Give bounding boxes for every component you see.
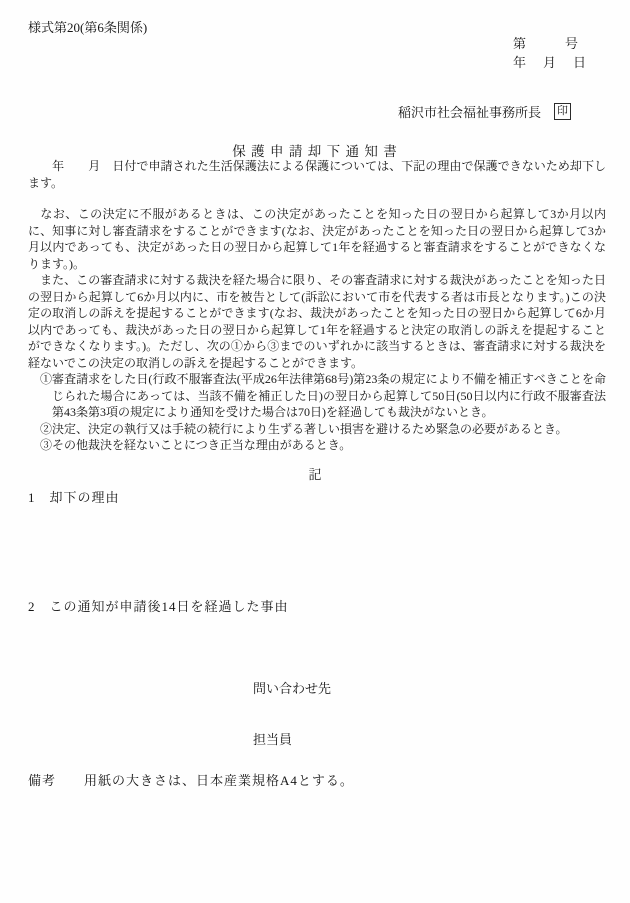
lawsuit-paragraph: また、この審査請求に対する裁決を経た場合に限り、その審査請求に対する裁決があった… (28, 272, 606, 371)
form-number-label: 様式第20(第6条関係) (28, 17, 147, 36)
issuer-row: 稲沢市社会福祉事務所長 印 (398, 102, 571, 121)
legal-item-2: ②決定、決定の執行又は手続の続行により生ずる著しい損害を避けるため緊急の必要があ… (28, 421, 606, 438)
record-marker: 記 (0, 464, 630, 483)
document-number: 第 号 (513, 33, 578, 52)
issuer-name: 稲沢市社会福祉事務所長 (398, 102, 541, 121)
contact-label: 問い合わせ先 (253, 678, 331, 697)
appeal-guidance-block: なお、この決定に不服があるときは、この決定があったことを知った日の翌日から起算し… (28, 206, 606, 454)
intro-paragraph: 年 月 日付で申請された生活保護法による保護については、下記の理由で保護できない… (28, 158, 606, 192)
delay-reason-heading: 2 この通知が申請後14日を経過した事由 (28, 596, 289, 615)
seal-mark: 印 (554, 103, 571, 121)
document-page: 様式第20(第6条関係) 第 号 年 月 日 稲沢市社会福祉事務所長 印 保 護… (0, 0, 630, 903)
staff-label: 担当員 (253, 729, 292, 748)
legal-item-1: ①審査請求をした日(行政不服審査法(平成26年法律第68号)第23条の規定により… (28, 371, 606, 421)
document-date: 年 月 日 (513, 52, 588, 71)
legal-item-3: ③その他裁決を経ないことにつき正当な理由があるとき。 (28, 437, 606, 454)
rejection-reason-heading: 1 却下の理由 (28, 487, 120, 506)
appeal-paragraph: なお、この決定に不服があるときは、この決定があったことを知った日の翌日から起算し… (28, 206, 606, 272)
paper-size-note: 備考 用紙の大きさは、日本産業規格A4とする。 (28, 770, 354, 789)
document-title: 保 護 申 請 却 下 通 知 書 (0, 140, 630, 160)
